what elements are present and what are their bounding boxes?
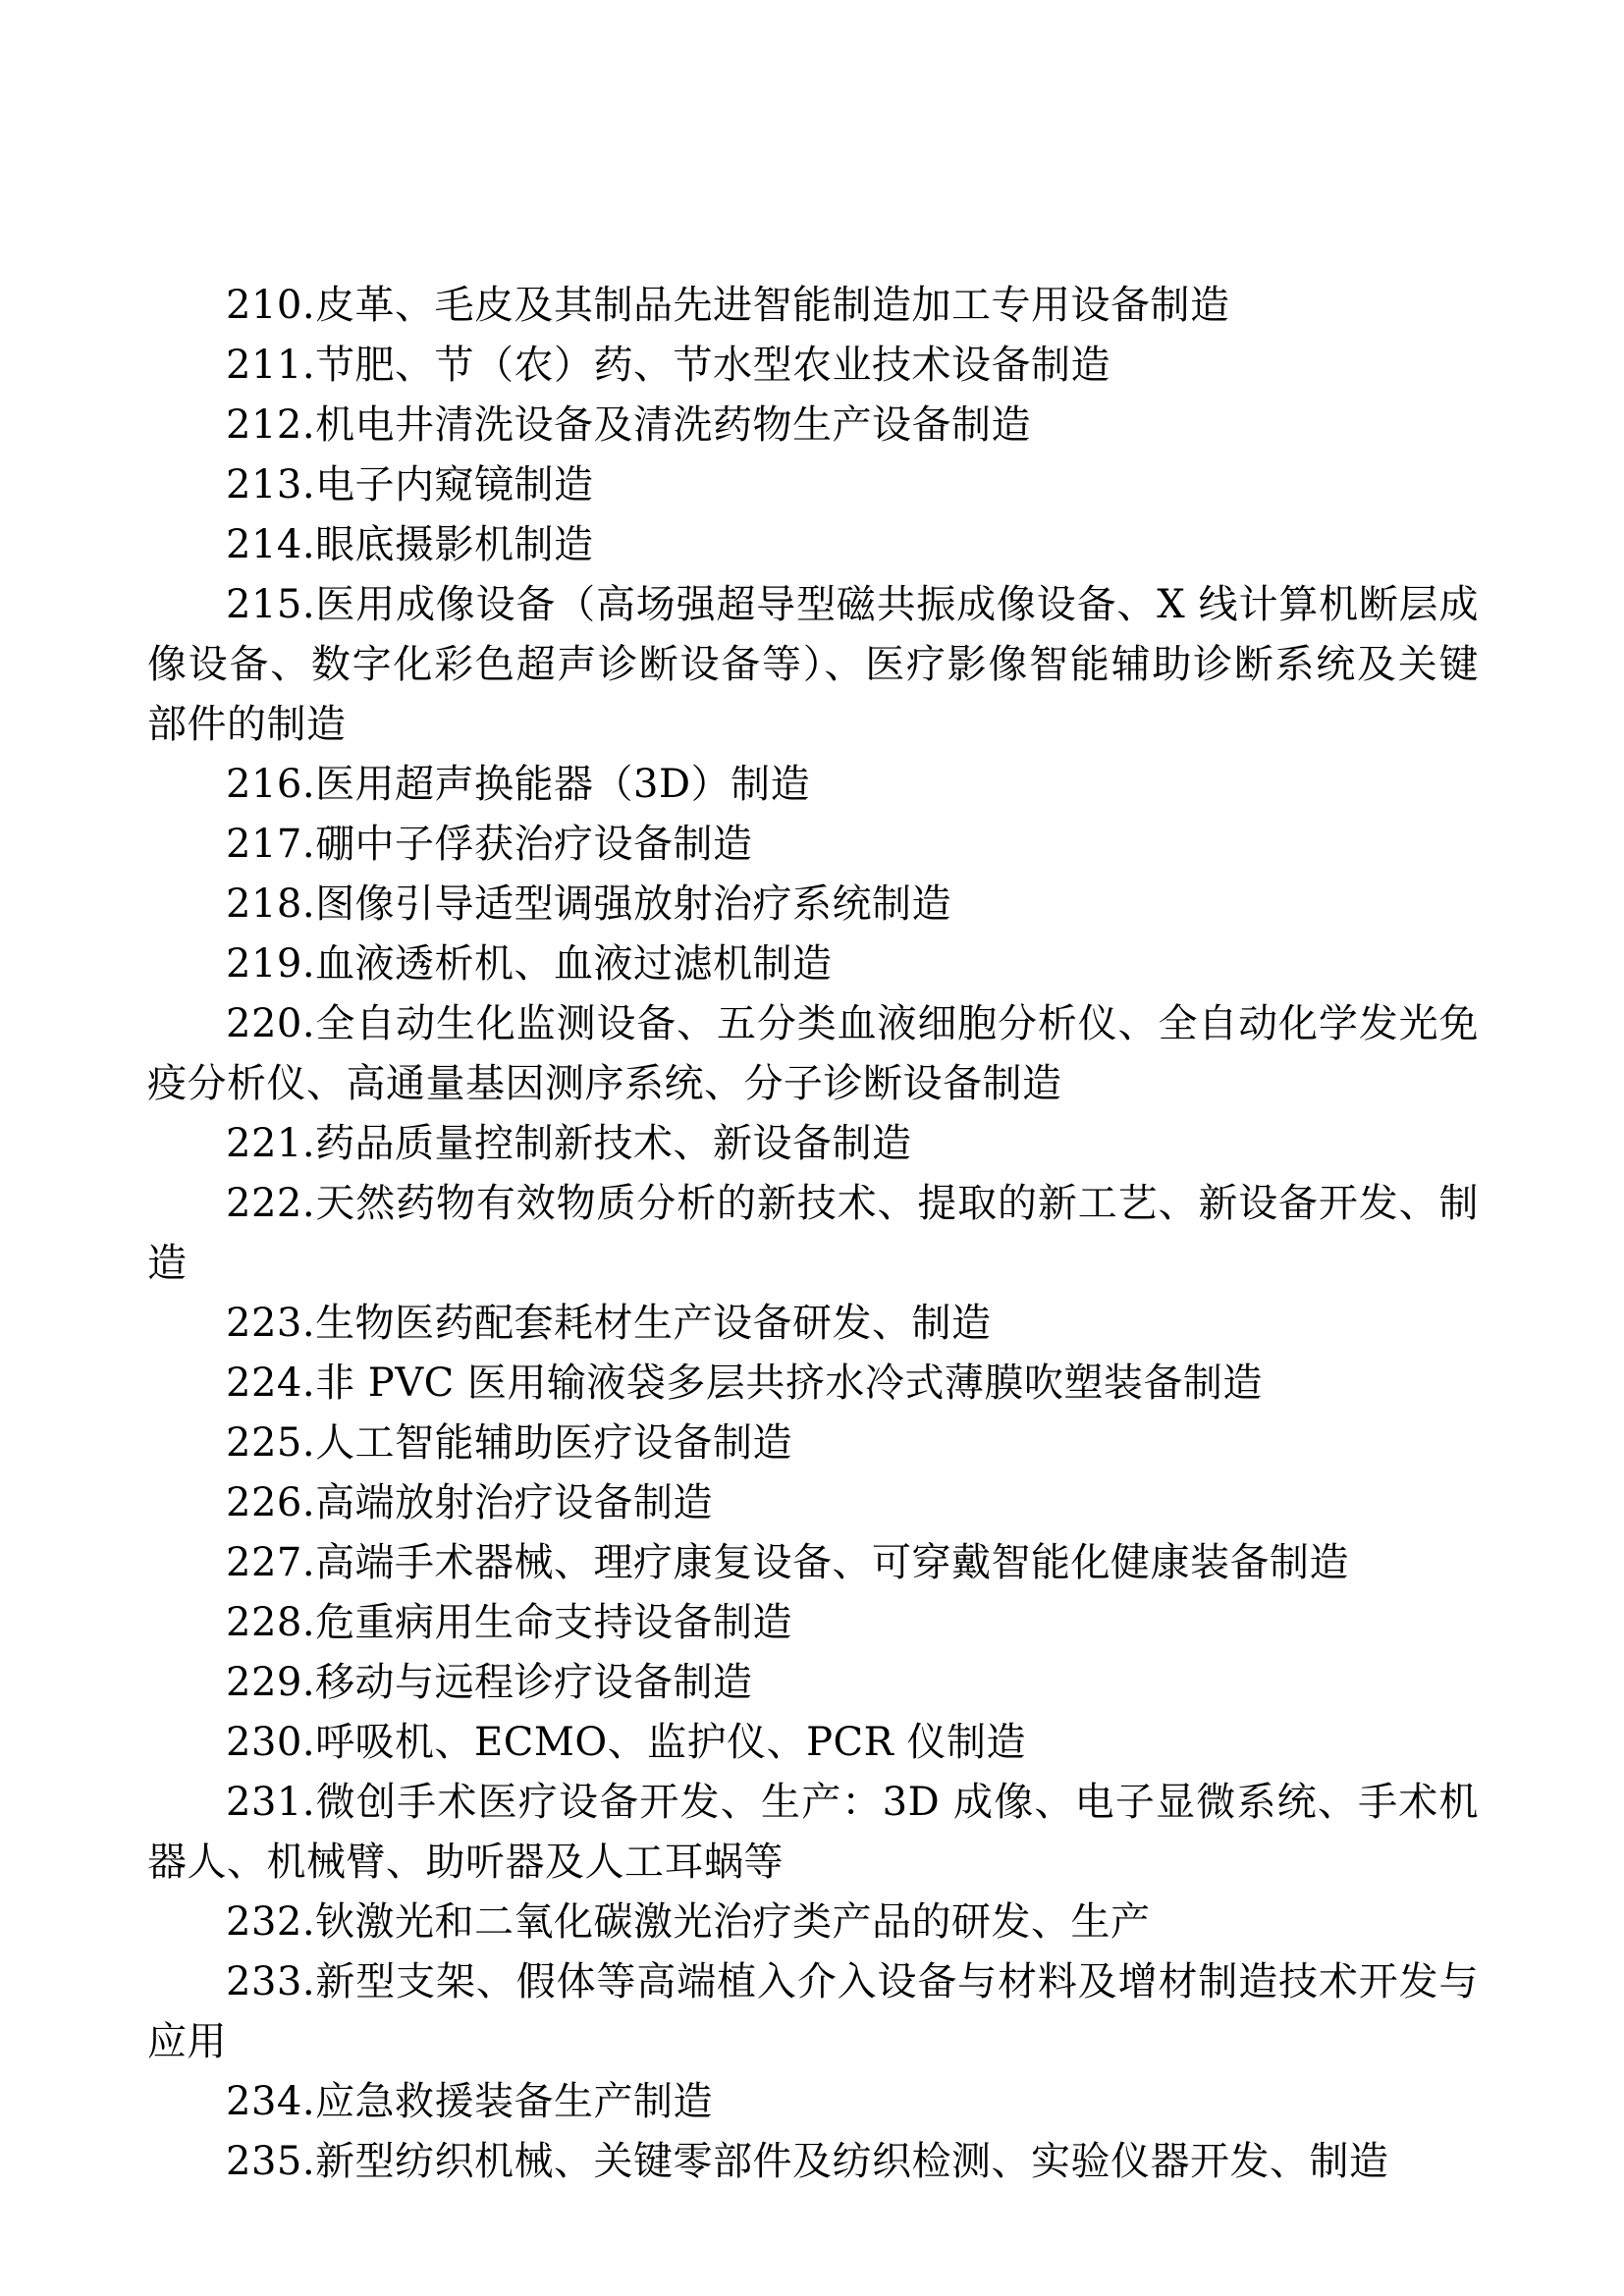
list-item-220: 220.全自动生化监测设备、五分类血液细胞分析仪、全自动化学发光免疫分析仪、高通… bbox=[147, 994, 1479, 1114]
list-item-214: 214.眼底摄影机制造 bbox=[147, 515, 1479, 575]
list-item-218: 218.图像引导适型调强放射治疗系统制造 bbox=[147, 875, 1479, 934]
list-item-215: 215.医用成像设备（高场强超导型磁共振成像设备、X 线计算机断层成像设备、数字… bbox=[147, 575, 1479, 755]
list-item-228: 228.危重病用生命支持设备制造 bbox=[147, 1593, 1479, 1653]
list-item-232: 232.钬激光和二氧化碳激光治疗类产品的研发、生产 bbox=[147, 1893, 1479, 1952]
list-item-216: 216.医用超声换能器（3D）制造 bbox=[147, 755, 1479, 815]
list-item-224: 224.非 PVC 医用输液袋多层共挤水冷式薄膜吹塑装备制造 bbox=[147, 1354, 1479, 1414]
document-page: 210.皮革、毛皮及其制品先进智能制造加工专用设备制造 211.节肥、节（农）药… bbox=[0, 0, 1624, 2296]
list-item-223: 223.生物医药配套耗材生产设备研发、制造 bbox=[147, 1294, 1479, 1354]
list-item-227: 227.高端手术器械、理疗康复设备、可穿戴智能化健康装备制造 bbox=[147, 1533, 1479, 1593]
list-item-217: 217.硼中子俘获治疗设备制造 bbox=[147, 815, 1479, 875]
list-item-221: 221.药品质量控制新技术、新设备制造 bbox=[147, 1114, 1479, 1174]
list-item-213: 213.电子内窥镜制造 bbox=[147, 455, 1479, 515]
list-item-230: 230.呼吸机、ECMO、监护仪、PCR 仪制造 bbox=[147, 1713, 1479, 1773]
list-body: 210.皮革、毛皮及其制品先进智能制造加工专用设备制造 211.节肥、节（农）药… bbox=[147, 276, 1479, 2192]
list-item-225: 225.人工智能辅助医疗设备制造 bbox=[147, 1414, 1479, 1473]
list-item-235: 235.新型纺织机械、关键零部件及纺织检测、实验仪器开发、制造 bbox=[147, 2132, 1479, 2192]
list-item-229: 229.移动与远程诊疗设备制造 bbox=[147, 1653, 1479, 1713]
list-item-222: 222.天然药物有效物质分析的新技术、提取的新工艺、新设备开发、制造 bbox=[147, 1174, 1479, 1294]
list-item-210: 210.皮革、毛皮及其制品先进智能制造加工专用设备制造 bbox=[147, 276, 1479, 336]
list-item-234: 234.应急救援装备生产制造 bbox=[147, 2072, 1479, 2132]
list-item-233: 233.新型支架、假体等高端植入介入设备与材料及增材制造技术开发与应用 bbox=[147, 1952, 1479, 2072]
list-item-231: 231.微创手术医疗设备开发、生产：3D 成像、电子显微系统、手术机器人、机械臂… bbox=[147, 1773, 1479, 1893]
list-item-219: 219.血液透析机、血液过滤机制造 bbox=[147, 934, 1479, 994]
list-item-211: 211.节肥、节（农）药、节水型农业技术设备制造 bbox=[147, 336, 1479, 396]
list-item-226: 226.高端放射治疗设备制造 bbox=[147, 1473, 1479, 1533]
list-item-212: 212.机电井清洗设备及清洗药物生产设备制造 bbox=[147, 396, 1479, 455]
